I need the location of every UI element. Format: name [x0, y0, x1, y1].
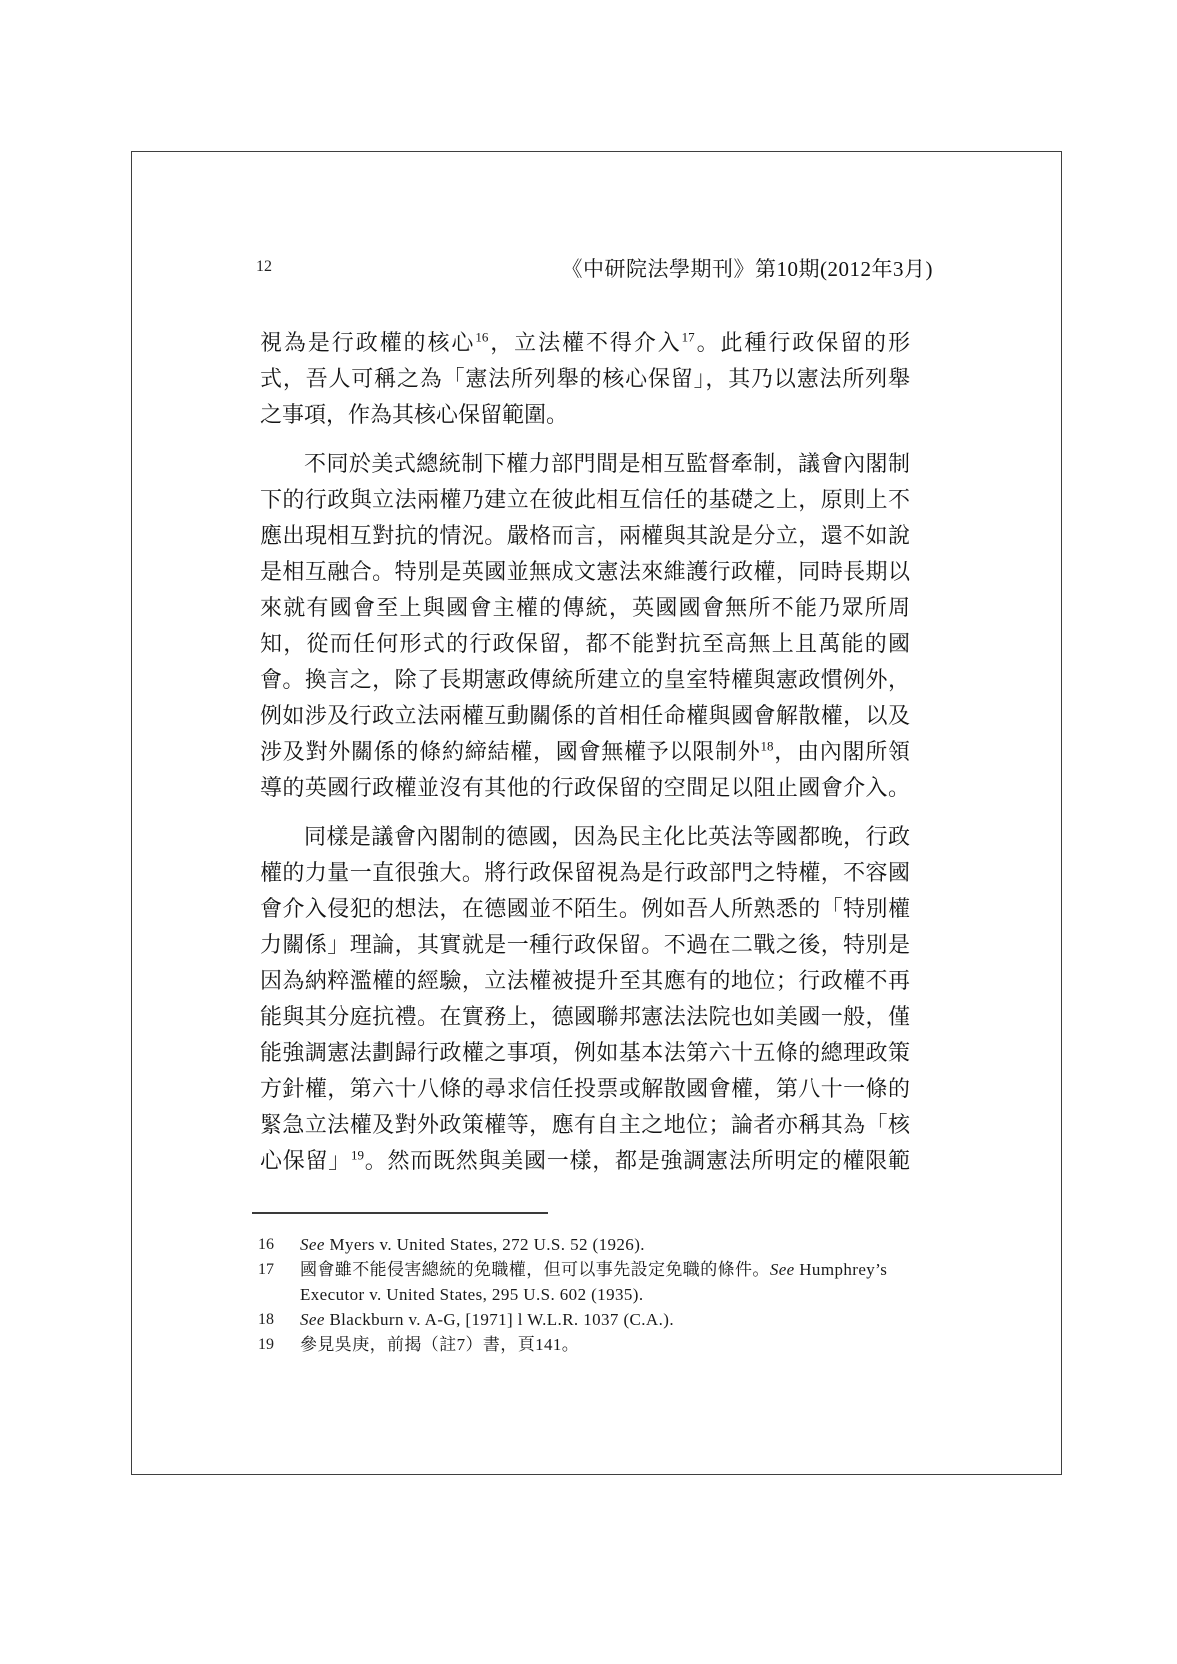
text-line: 能強調憲法劃歸行政權之事項，例如基本法第六十五條的總理政策: [260, 1035, 910, 1071]
text-line: 是相互融合。特別是英國並無成文憲法來維護行政權，同時長期以: [260, 554, 910, 590]
text-line: 涉及對外關係的條約締結權，國會無權予以限制外18，由內閣所領: [260, 734, 910, 770]
footnote-line: See Myers v. United States, 272 U.S. 52 …: [300, 1232, 938, 1257]
text-line: 視為是行政權的核心16，立法權不得介入17。此種行政保留的形: [260, 325, 910, 361]
footnote-line: See Blackburn v. A-G, [1971] l W.L.R. 10…: [300, 1307, 938, 1332]
text-line: 同樣是議會內閣制的德國，因為民主化比英法等國都晚，行政: [260, 819, 910, 855]
footnote: 16See Myers v. United States, 272 U.S. 5…: [258, 1232, 938, 1257]
text-line: 會介入侵犯的想法，在德國並不陌生。例如吾人所熟悉的「特別權: [260, 891, 910, 927]
paragraph: 不同於美式總統制下權力部門間是相互監督牽制，議會內閣制下的行政與立法兩權乃建立在…: [260, 446, 910, 806]
journal-header: 《中研院法學期刊》第10期(2012年3月): [562, 253, 934, 283]
footnotes-section: 16See Myers v. United States, 272 U.S. 5…: [258, 1232, 938, 1357]
footnote-number: 17: [258, 1257, 274, 1282]
scanned-page: 12 《中研院法學期刊》第10期(2012年3月) 視為是行政權的核心16，立法…: [0, 0, 1177, 1664]
footnote-ref: 16: [475, 330, 488, 345]
text-line: 力關係」理論，其實就是一種行政保留。不過在二戰之後，特別是: [260, 927, 910, 963]
footnote-text: Myers v. United States, 272 U.S. 52 (192…: [325, 1235, 645, 1254]
text-line: 之事項，作為其核心保留範圍。: [260, 397, 910, 433]
text-line: 不同於美式總統制下權力部門間是相互監督牽制，議會內閣制: [260, 446, 910, 482]
text-line: 來就有國會至上與國會主權的傳統，英國國會無所不能乃眾所周: [260, 590, 910, 626]
text-line: 例如涉及行政立法兩權互動關係的首相任命權與國會解散權，以及: [260, 698, 910, 734]
paragraph: 同樣是議會內閣制的德國，因為民主化比英法等國都晚，行政權的力量一直很強大。將行政…: [260, 819, 910, 1179]
text-line: 式，吾人可稱之為「憲法所列舉的核心保留」，其乃以憲法所列舉: [260, 361, 910, 397]
text-line: 知，從而任何形式的行政保留，都不能對抗至高無上且萬能的國: [260, 626, 910, 662]
footnote: 17國會雖不能侵害總統的免職權，但可以事先設定免職的條件。See Humphre…: [258, 1257, 938, 1307]
text-line: 會。換言之，除了長期憲政傳統所建立的皇室特權與憲政慣例外，: [260, 662, 910, 698]
text-line: 因為納粹濫權的經驗，立法權被提升至其應有的地位；行政權不再: [260, 963, 910, 999]
text-line: 下的行政與立法兩權乃建立在彼此相互信任的基礎之上，原則上不: [260, 482, 910, 518]
citation-signal: See: [770, 1260, 795, 1279]
footnote-line: 國會雖不能侵害總統的免職權，但可以事先設定免職的條件。See Humphrey’…: [300, 1257, 938, 1282]
text-line: 方針權，第六十八條的尋求信任投票或解散國會權，第八十一條的: [260, 1071, 910, 1107]
body-text: 視為是行政權的核心16，立法權不得介入17。此種行政保留的形式，吾人可稱之為「憲…: [260, 325, 910, 1179]
text-line: 心保留」19。然而既然與美國一樣，都是強調憲法所明定的權限範: [260, 1143, 910, 1179]
footnote-text: Blackburn v. A-G, [1971] l W.L.R. 1037 (…: [325, 1310, 674, 1329]
footnote-separator: [252, 1212, 548, 1214]
footnote-number: 16: [258, 1232, 274, 1257]
footnote: 18See Blackburn v. A-G, [1971] l W.L.R. …: [258, 1307, 938, 1332]
footnote-line: Executor v. United States, 295 U.S. 602 …: [300, 1282, 938, 1307]
text-line: 應出現相互對抗的情況。嚴格而言，兩權與其說是分立，還不如說: [260, 518, 910, 554]
footnote-ref: 17: [682, 330, 695, 345]
footnote-line: 參見吳庚，前揭（註7）書，頁141。: [300, 1332, 938, 1357]
citation-signal: See: [300, 1235, 325, 1254]
citation-signal: See: [300, 1310, 325, 1329]
footnote-number: 19: [258, 1332, 274, 1357]
footnote-number: 18: [258, 1307, 274, 1332]
footnote-text: 國會雖不能侵害總統的免職權，但可以事先設定免職的條件。: [300, 1260, 770, 1279]
footnote-ref: 18: [760, 739, 773, 754]
footnote-text: 參見吳庚，前揭（註7）書，頁141。: [300, 1335, 579, 1354]
page-number: 12: [256, 258, 272, 276]
text-line: 權的力量一直很強大。將行政保留視為是行政部門之特權，不容國: [260, 855, 910, 891]
footnote-text: Executor v. United States, 295 U.S. 602 …: [300, 1285, 644, 1304]
text-line: 緊急立法權及對外政策權等，應有自主之地位；論者亦稱其為「核: [260, 1107, 910, 1143]
footnote-text: Humphrey’s: [795, 1260, 888, 1279]
text-line: 導的英國行政權並沒有其他的行政保留的空間足以阻止國會介入。: [260, 770, 910, 806]
footnote-ref: 19: [351, 1148, 364, 1163]
footnote: 19參見吳庚，前揭（註7）書，頁141。: [258, 1332, 938, 1357]
text-line: 能與其分庭抗禮。在實務上，德國聯邦憲法法院也如美國一般，僅: [260, 999, 910, 1035]
paragraph: 視為是行政權的核心16，立法權不得介入17。此種行政保留的形式，吾人可稱之為「憲…: [260, 325, 910, 433]
